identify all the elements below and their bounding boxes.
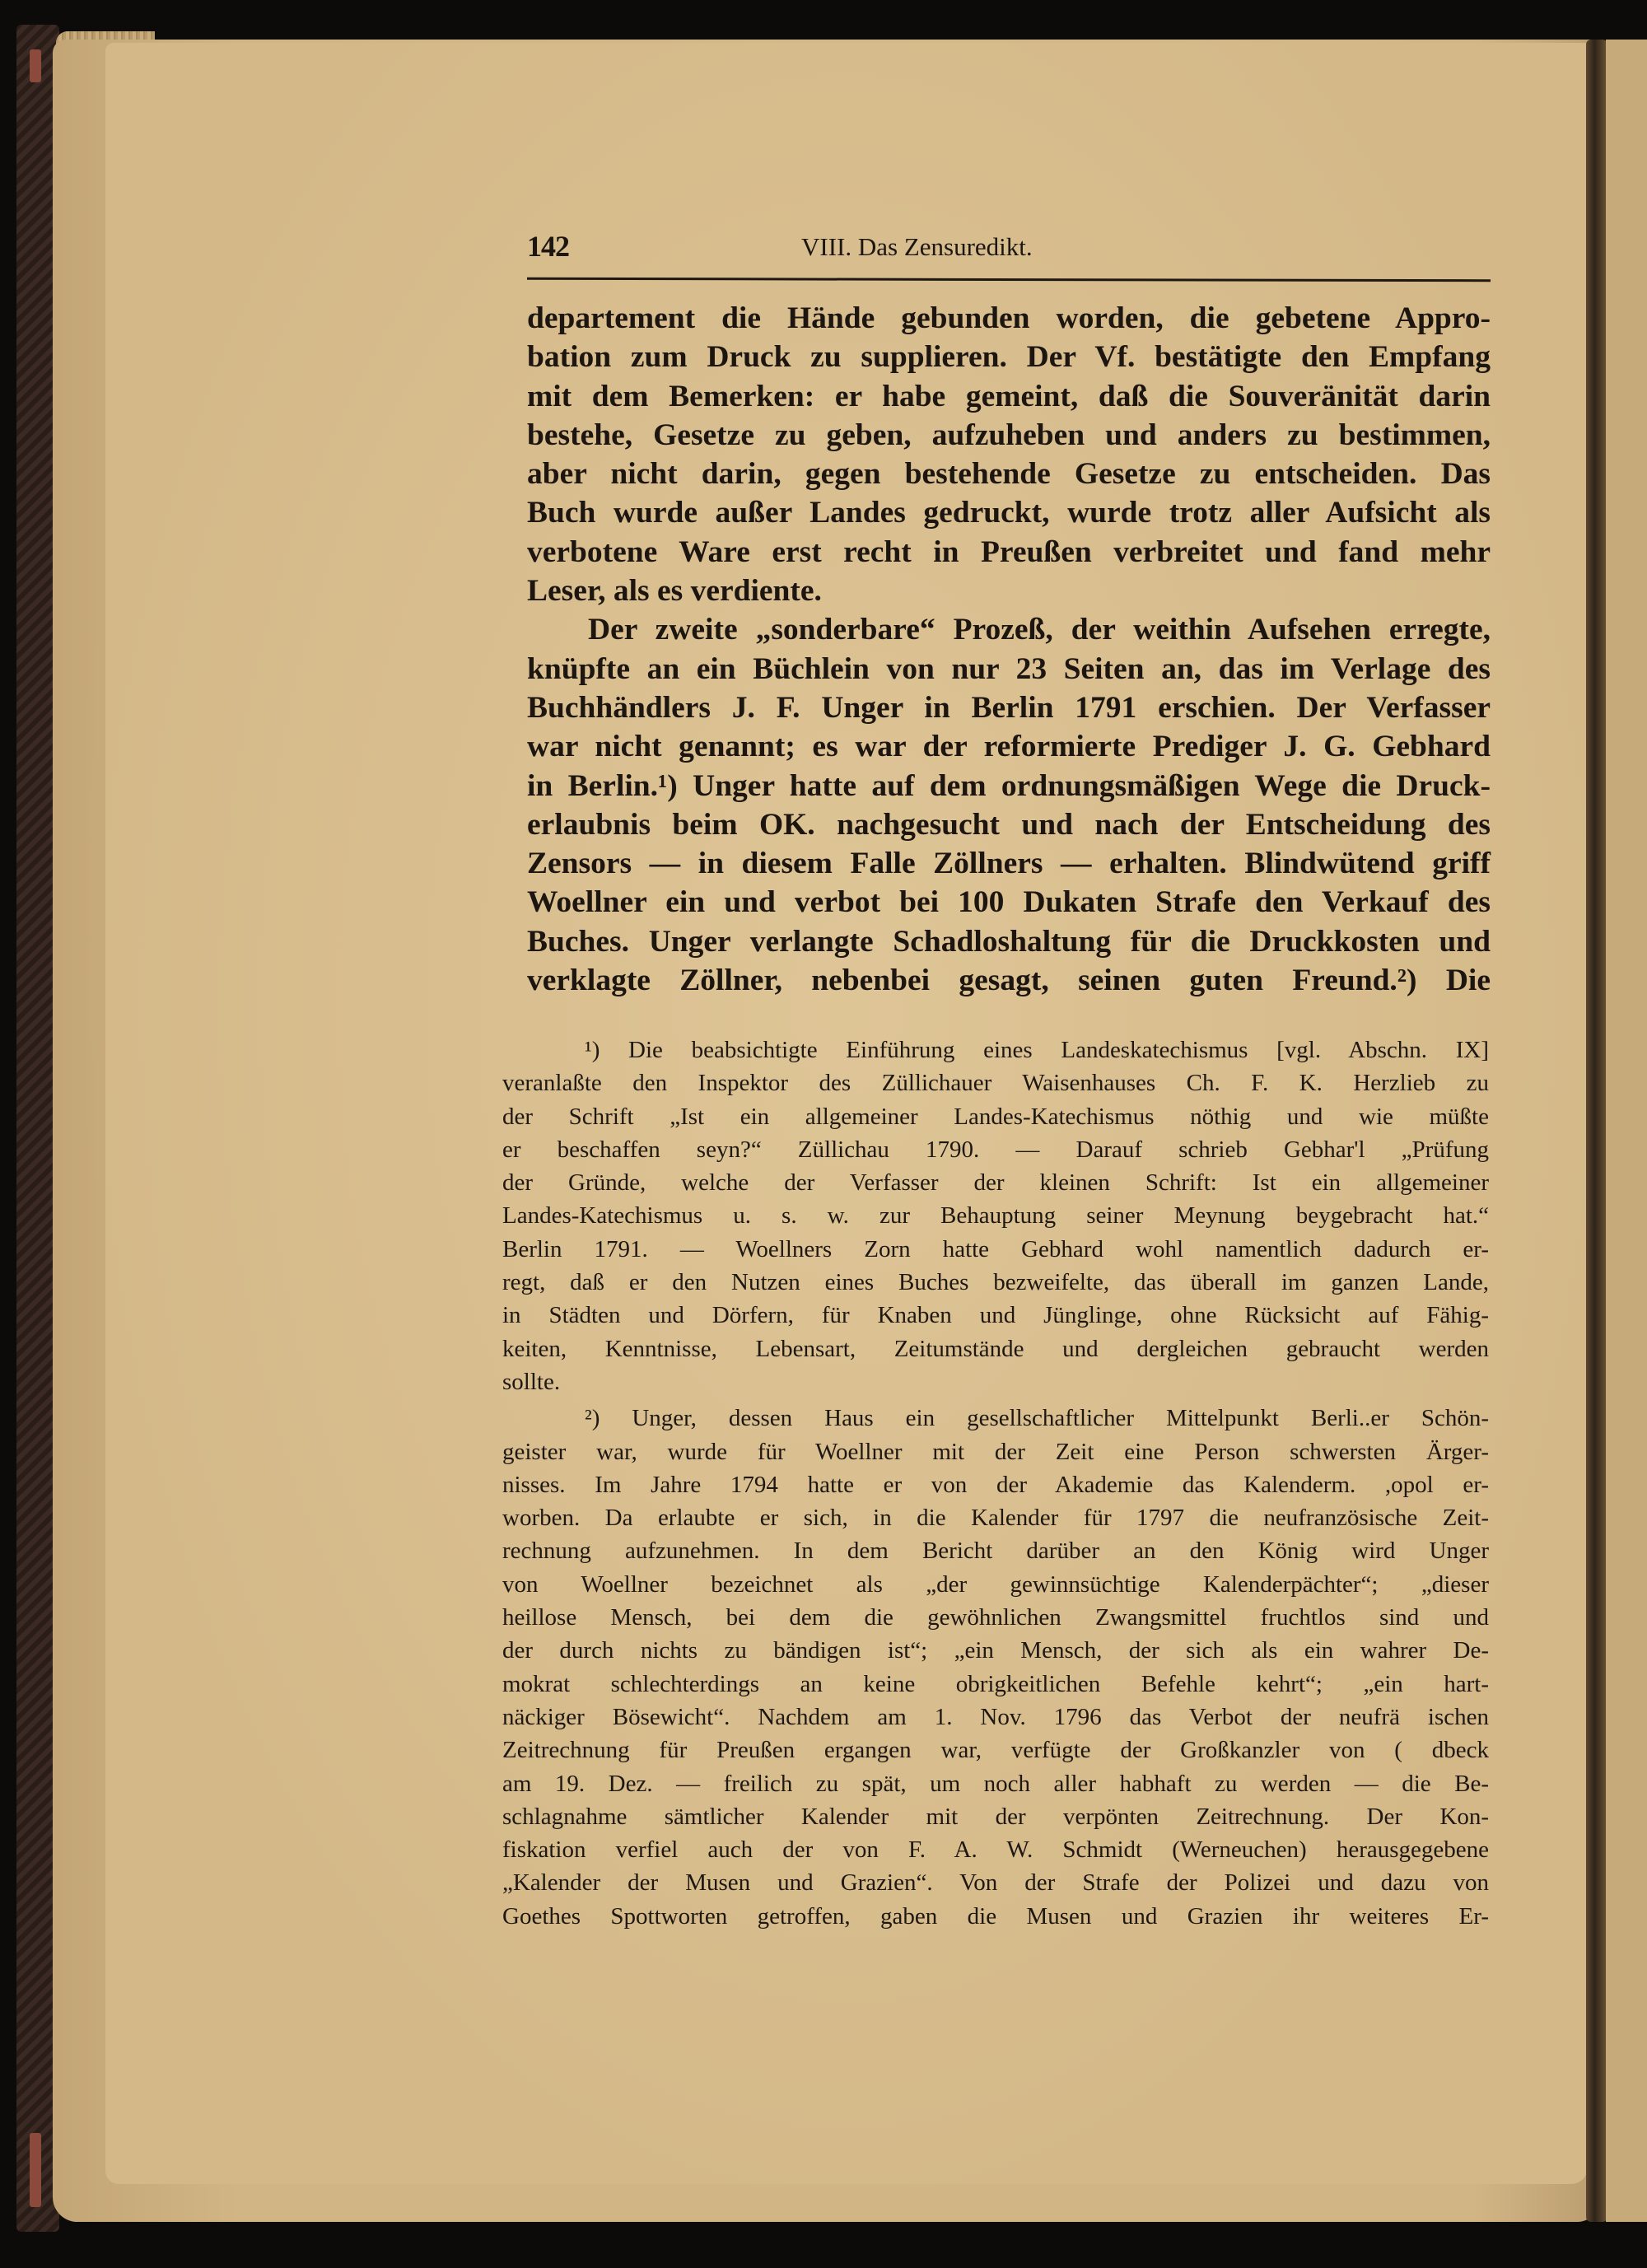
- footnote-line: Landes-Katechismus u. s. w. zur Behauptu…: [502, 1199, 1489, 1232]
- text-line: bestehe, Gesetze zu geben, aufzuheben un…: [527, 416, 1491, 455]
- footnotes: ¹) Die beabsichtigte Einführung eines La…: [502, 1034, 1489, 1933]
- footnote-line: der durch nichts zu bändigen ist“; „ein …: [502, 1634, 1489, 1667]
- footnote-line: nisses. Im Jahre 1794 hatte er von der A…: [502, 1468, 1489, 1501]
- chapter-title: VIII. Das Zensuredikt.: [801, 232, 1033, 262]
- footnote-line: rechnung aufzunehmen. In dem Bericht dar…: [502, 1534, 1489, 1567]
- footnote-line: am 19. Dez. — freilich zu spät, um noch …: [502, 1767, 1489, 1800]
- text-line: in Berlin.¹) Unger hatte auf dem ordnung…: [527, 767, 1491, 805]
- text-line: knüpfte an ein Büchlein von nur 23 Seite…: [527, 650, 1491, 688]
- footnote-line: Berlin 1791. — Woellners Zorn hatte Gebh…: [502, 1233, 1489, 1266]
- footnote-line: schlagnahme sämtlicher Kalender mit der …: [502, 1800, 1489, 1833]
- footnote-line: der Schrift „Ist ein allgemeiner Landes-…: [502, 1100, 1489, 1133]
- text-line: verbotene Ware erst recht in Preußen ver…: [527, 533, 1491, 572]
- footnote-line: in Städten und Dörfern, für Knaben und J…: [502, 1299, 1489, 1332]
- footnote-line: sollte.: [502, 1365, 1489, 1398]
- page-content: 142 VIII. Das Zensuredikt. departement d…: [527, 222, 1491, 272]
- text-line: Zensors — in diesem Falle Zöllners — erh…: [527, 844, 1491, 883]
- footnote-line: er beschaffen seyn?“ Züllichau 1790. — D…: [502, 1133, 1489, 1166]
- text-line: Der zweite „sonderbare“ Prozeß, der weit…: [527, 610, 1491, 649]
- running-head: 142 VIII. Das Zensuredikt.: [527, 222, 1491, 272]
- text-line: bation zum Druck zu supplieren. Der Vf. …: [527, 338, 1491, 376]
- text-line: departement die Hände gebunden worden, d…: [527, 299, 1491, 338]
- text-line: Buch wurde außer Landes gedruckt, wurde …: [527, 493, 1491, 532]
- text-line: erlaubnis beim OK. nachgesucht und nach …: [527, 805, 1491, 844]
- footnote-line: worben. Da erlaubte er sich, in die Kale…: [502, 1501, 1489, 1534]
- footnote-line: regt, daß er den Nutzen eines Buches bez…: [502, 1266, 1489, 1299]
- footnote-line: keiten, Kenntnisse, Lebensart, Zeitumstä…: [502, 1332, 1489, 1365]
- footnote-2: ²) Unger, dessen Haus ein gesellschaftli…: [502, 1402, 1489, 1933]
- footnote-line: der Gründe, welche der Verfasser der kle…: [502, 1166, 1489, 1199]
- spine-tailband: [30, 2133, 41, 2207]
- footnote-line: näckiger Bösewicht“. Nachdem am 1. Nov. …: [502, 1701, 1489, 1734]
- text-line: verklagte Zöllner, nebenbei gesagt, sein…: [527, 961, 1491, 1000]
- paragraph: departement die Hände gebunden worden, d…: [527, 299, 1491, 610]
- footnote-line: von Woellner bezeichnet als „der gewinns…: [502, 1568, 1489, 1601]
- footnote-line: „Kalender der Musen und Grazien“. Von de…: [502, 1866, 1489, 1899]
- footnote-line: fiskation verfiel auch der von F. A. W. …: [502, 1833, 1489, 1866]
- footnote-line: mokrat schlechterdings an keine obrigkei…: [502, 1668, 1489, 1701]
- gutter-shadow: [1586, 40, 1607, 2222]
- footnote-line: heillose Mensch, bei dem die gewöhnliche…: [502, 1601, 1489, 1634]
- footnote-line: ¹) Die beabsichtigte Einführung eines La…: [502, 1034, 1489, 1066]
- footnote-line: geister war, wurde für Woellner mit der …: [502, 1435, 1489, 1468]
- text-line: Woellner ein und verbot bei 100 Dukaten …: [527, 883, 1491, 922]
- paragraph: Der zweite „sonderbare“ Prozeß, der weit…: [527, 610, 1491, 1000]
- facing-page-edge: [1606, 40, 1647, 2222]
- spine-headband: [30, 49, 41, 82]
- page-number: 142: [527, 229, 569, 264]
- footnote-line: veranlaßte den Inspektor des Züllichauer…: [502, 1066, 1489, 1099]
- text-line: Buches. Unger verlangte Schadloshaltung …: [527, 922, 1491, 961]
- text-line: aber nicht darin, gegen bestehende Geset…: [527, 455, 1491, 493]
- footnote-line: ²) Unger, dessen Haus ein gesellschaftli…: [502, 1402, 1489, 1435]
- text-line: war nicht genannt; es war der reformiert…: [527, 727, 1491, 766]
- text-line: Leser, als es verdiente.: [527, 572, 1491, 610]
- text-line: mit dem Bemerken: er habe gemeint, daß d…: [527, 377, 1491, 416]
- footnote-1: ¹) Die beabsichtigte Einführung eines La…: [502, 1034, 1489, 1398]
- body-text: departement die Hände gebunden worden, d…: [527, 299, 1491, 1000]
- footnote-line: Zeitrechnung für Preußen ergangen war, v…: [502, 1734, 1489, 1766]
- text-line: Buchhändlers J. F. Unger in Berlin 1791 …: [527, 688, 1491, 727]
- footnote-line: Goethes Spottworten getroffen, gaben die…: [502, 1900, 1489, 1933]
